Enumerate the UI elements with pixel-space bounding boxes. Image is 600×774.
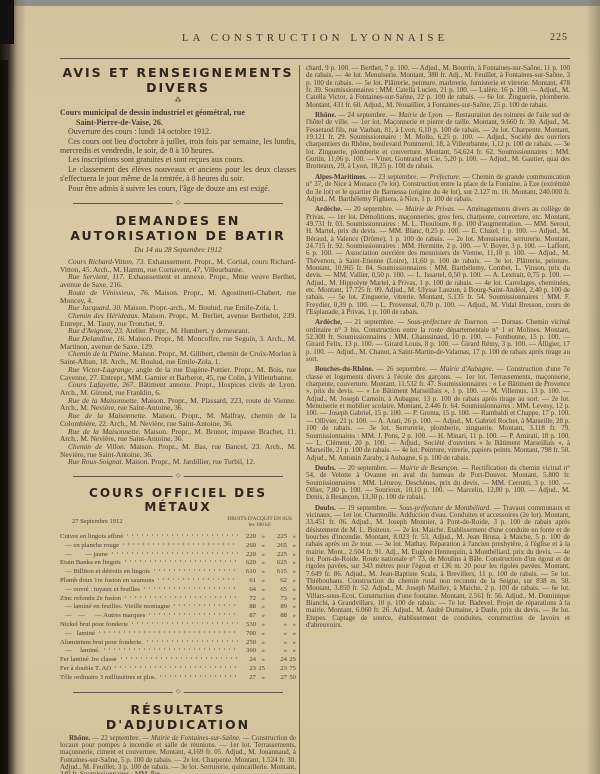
adjudication-entry: Alpes-Maritimes. — 23 septembre. — Préfe… xyxy=(306,174,570,203)
adjudication-entry: Rhône. — 24 septembre. — Mairie de Lyon.… xyxy=(306,112,570,171)
dot-leader xyxy=(158,673,238,679)
table-row: Plomb doux 1re fusion en saumons61»62» xyxy=(60,576,296,585)
avis-paragraph: Pour être admis à suivre les cours, l'âg… xyxy=(60,184,296,193)
table-row: — laminé en feuilles. Vieille montagne88… xyxy=(60,602,296,611)
table-row: Nickel brut pour fonderie530»»» xyxy=(60,620,296,629)
page-number: 225 xyxy=(550,32,568,43)
permit-entry: Rue Roux-Soignat. Maison. Propr., M. Jar… xyxy=(60,458,296,466)
scan-right-shadow xyxy=(586,0,600,774)
dot-leader xyxy=(123,558,238,564)
dot-leader xyxy=(130,620,238,626)
asterism-ornament: ⁂ xyxy=(60,97,296,104)
demandes-date-range: Du 14 au 28 Septembre 1912 xyxy=(60,245,296,254)
binding-dark-edge xyxy=(0,60,8,774)
table-row: Zinc refondu 2e fusion72»73» xyxy=(60,594,296,603)
dot-leader xyxy=(123,594,238,600)
dot-leader xyxy=(110,550,238,556)
table-row: Aluminium brut pour fonderie.250»»» xyxy=(60,638,296,647)
diamond-icon: ◇ xyxy=(173,200,184,207)
permit-entry: Rue de la Maisonnette. Maison. Propr., M… xyxy=(60,428,296,443)
section-demandes: DEMANDES EN AUTORISATION DE BATIR Du 14 … xyxy=(60,213,296,466)
adjudication-entry: Ardèche, — 21 septembre. — Sous-préfectu… xyxy=(306,319,570,363)
dot-leader xyxy=(113,664,238,670)
metaux-duty-note: DROITS D'ACQUIT EN SUSles 100 kil xyxy=(227,516,292,528)
page-content: LA CONSTRUCTION LYONNAISE 225 AVIS ET RE… xyxy=(60,10,570,774)
left-column: AVIS ET RENSEIGNEMENTS DIVERS ⁂ Cours mu… xyxy=(60,65,296,774)
dot-leader xyxy=(121,541,238,547)
dot-leader xyxy=(156,576,238,582)
masthead: LA CONSTRUCTION LYONNAISE 225 xyxy=(60,32,570,56)
metals-price-table: Cuivre en lingots affiné220»225» — en pl… xyxy=(60,532,296,682)
section-avis: AVIS ET RENSEIGNEMENTS DIVERS ⁂ Cours mu… xyxy=(60,65,296,193)
dot-leader xyxy=(97,629,238,635)
dot-leader xyxy=(102,646,238,652)
adjudication-entry: Rhône. — 22 septembre. — Mairie de Fonta… xyxy=(60,735,296,774)
table-row: — en planche rouge260»265» xyxy=(60,541,296,550)
permit-entry: Rue Delandine, 16. Maison. Propr., M. Mo… xyxy=(60,335,296,350)
table-row: — laminé.360»»» xyxy=(60,646,296,655)
dot-leader xyxy=(147,611,238,617)
adjudication-entry: Ardèche. — 20 septembre. — Mairie de Pri… xyxy=(306,206,570,316)
column-separator-rule xyxy=(299,65,300,774)
diamond-icon: ◇ xyxy=(173,473,184,480)
table-row: Fer à double T. AO23252375 xyxy=(60,664,296,673)
table-row: Cuivre en lingots affiné220»225» xyxy=(60,532,296,541)
permit-entry: Route de Vénissieux, 76. Maison. Propr.,… xyxy=(60,289,296,304)
permit-entry: Rue Servient, 117. Exhaussement et annex… xyxy=(60,273,296,288)
table-row: — laminé700»»» xyxy=(60,629,296,638)
avis-paragraph: Ces cours ont lieu d'octobre à juillet, … xyxy=(60,137,296,156)
dot-leader xyxy=(152,567,238,573)
resultats-section-title: RÉSULTATS D'ADJUDICATION xyxy=(60,702,296,732)
permit-entry: Rue de la Maisonnette. Maison. Propr., M… xyxy=(60,412,296,427)
table-row: — Billiton et détroits en lingots610»615… xyxy=(60,567,296,576)
dot-leader xyxy=(172,602,238,608)
dot-leader xyxy=(145,638,238,644)
diamond-divider: ◇ xyxy=(73,200,283,207)
permit-entry: Cours Lafayette, 267. Bâtiment annexe. P… xyxy=(60,381,296,396)
table-row: Etain Banka en lingots620»625» xyxy=(60,558,296,567)
permit-entry: Chemin de Villon. Maison. Propr., M. Bas… xyxy=(60,443,296,458)
adjudication-continuation: chard, 9 p. 100. — Berthet, 7 p. 100. — … xyxy=(306,65,570,109)
two-column-layout: AVIS ET RENSEIGNEMENTS DIVERS ⁂ Cours mu… xyxy=(60,65,570,774)
dot-leader xyxy=(119,655,238,661)
diamond-divider: ◇ xyxy=(73,689,283,696)
permit-entry: Rue Victor-Lagrange, angle de la rue Eug… xyxy=(60,366,296,381)
table-row: Fer laminé 1re classe24»2425 xyxy=(60,655,296,664)
dot-leader xyxy=(142,585,238,591)
avis-lead: Cours municipal de dessin industriel et … xyxy=(60,108,296,127)
permit-entry: Chemin des Hérideaux. Maison. Propr., M.… xyxy=(60,312,296,327)
dot-leader xyxy=(125,532,238,538)
scan-top-edge xyxy=(0,0,600,6)
adjudication-entry: Bouches-du-Rhône. — 26 septembre. — Mair… xyxy=(306,366,570,461)
metaux-section-title: COURS OFFICIEL DES MÉTAUX xyxy=(60,486,296,514)
metaux-date: 27 Septembre 1912 xyxy=(72,518,123,525)
avis-section-title: AVIS ET RENSEIGNEMENTS DIVERS xyxy=(60,65,296,95)
table-row: Tôle ordinaire 3 millimètres et plus.27»… xyxy=(60,673,296,682)
binding-dark-mark xyxy=(0,0,14,44)
adjudication-entry: Doubs. — 20 septembre. — Mairie de Besan… xyxy=(306,465,570,502)
permit-entry: Rue de la Maisonnette. Maison. Propr., M… xyxy=(60,397,296,412)
section-metaux: COURS OFFICIEL DES MÉTAUX 27 Septembre 1… xyxy=(60,486,296,682)
permit-entry: Chemin de la Plaine. Maison. Propr., M. … xyxy=(60,350,296,365)
masthead-rule xyxy=(60,58,570,59)
metaux-table-header: 27 Septembre 1912 DROITS D'ACQUIT EN SUS… xyxy=(60,516,296,530)
table-row: — — jaune220»225» xyxy=(60,550,296,559)
avis-paragraph: Le classement des élèves nouveaux et anc… xyxy=(60,165,296,184)
diamond-divider: ◇ xyxy=(73,473,283,480)
table-row: — ouvré : tuyaux et feuilles64»65» xyxy=(60,585,296,594)
demandes-section-title: DEMANDES EN AUTORISATION DE BATIR xyxy=(60,213,296,243)
adjudication-entry: Doubs. — 19 septembre. — Sous-préfecture… xyxy=(306,505,570,630)
diamond-icon: ◇ xyxy=(173,689,184,696)
journal-title: LA CONSTRUCTION LYONNAISE xyxy=(60,32,570,44)
avis-paragraph: Ouverture des cours : lundi 14 octobre 1… xyxy=(60,127,296,136)
table-row: — — — Autres marques87»88» xyxy=(60,611,296,620)
avis-paragraph: Les inscriptions sont gratuites et sont … xyxy=(60,155,296,164)
right-column: chard, 9 p. 100. — Berthet, 7 p. 100. — … xyxy=(306,65,570,774)
section-resultats: RÉSULTATS D'ADJUDICATION Rhône. — 22 sep… xyxy=(60,702,296,774)
permit-entry: Cours Richard-Vitton, 73. Exhaussement. … xyxy=(60,258,296,273)
